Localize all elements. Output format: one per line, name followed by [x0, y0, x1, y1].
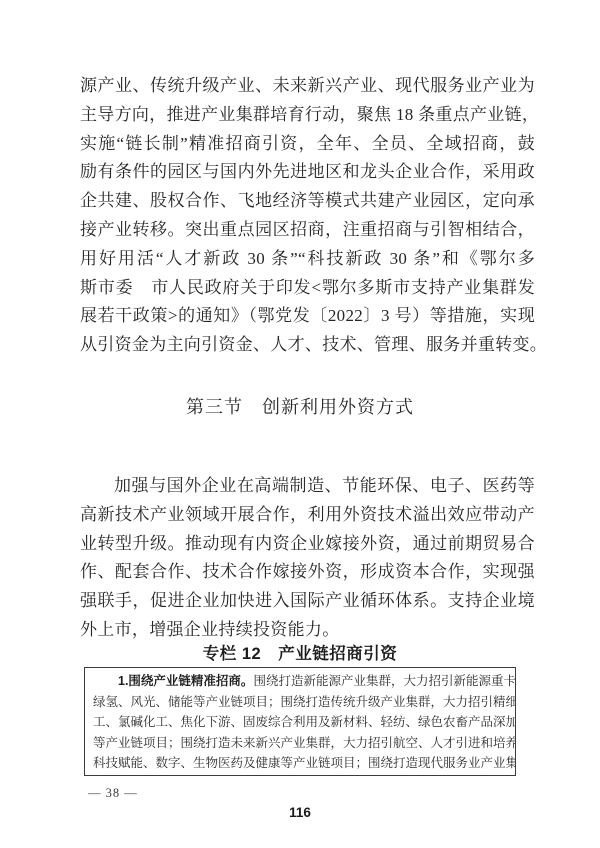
pdf-page-number: 116	[0, 805, 600, 820]
text-line: 高新技术产业领域开展合作，利用外资技术溢出效应带动产	[80, 501, 535, 530]
text-line: 企共建、股权合作、飞地经济等模式共建产业园区，定向承	[80, 187, 535, 216]
panel-line: 工、氯碱化工、焦化下游、固废综合利用及新材料、轻纺、绿色农畜产品深加工	[93, 712, 507, 733]
text-line: 强联手，促进企业加快进入国际产业循环体系。支持企业境	[80, 587, 535, 616]
panel-line: 1.围绕产业链精准招商。围绕打造新能源产业集群，大力招引新能源重卡、	[93, 671, 507, 692]
section-heading: 第三节 创新利用外资方式	[0, 393, 600, 419]
panel-box: 1.围绕产业链精准招商。围绕打造新能源产业集群，大力招引新能源重卡、 绿氢、风光…	[84, 667, 516, 776]
text-line: 源产业、传统升级产业、未来新兴产业、现代服务业产业为	[80, 72, 535, 101]
document-page-number: — 38 —	[88, 786, 138, 801]
paragraph-industry-investment: 源产业、传统升级产业、未来新兴产业、现代服务业产业为 主导方向，推进产业集群培育…	[80, 72, 535, 360]
text-line: 主导方向，推进产业集群培育行动，聚焦 18 条重点产业链，	[80, 101, 535, 130]
panel-title: 专栏 12 产业链招商引资	[0, 640, 600, 664]
text-line: 从引资金为主向引资金、人才、技术、管理、服务并重转变。	[80, 331, 535, 360]
text-line: 加强与国外企业在高端制造、节能环保、电子、医药等	[80, 472, 535, 501]
paragraph-foreign-capital: 加强与国外企业在高端制造、节能环保、电子、医药等 高新技术产业领域开展合作，利用…	[80, 472, 535, 645]
text-line: 接产业转移。突出重点园区招商，注重招商与引智相结合，	[80, 216, 535, 245]
text-line: 展若干政策>的通知》（鄂党发〔2022〕3 号）等措施，实现	[80, 302, 535, 331]
document-page: 源产业、传统升级产业、未来新兴产业、现代服务业产业为 主导方向，推进产业集群培育…	[0, 0, 600, 848]
text-line: 斯市委 市人民政府关于印发<鄂尔多斯市支持产业集群发	[80, 274, 535, 303]
text-line: 业转型升级。推动现有内资企业嫁接外资，通过前期贸易合	[80, 530, 535, 559]
text-line: 作、配套合作、技术合作嫁接外资，形成资本合作，实现强	[80, 558, 535, 587]
panel-line: 绿氢、风光、储能等产业链项目；围绕打造传统升级产业集群，大力招引精细化	[93, 692, 507, 713]
panel-line: 等产业链项目；围绕打造未来新兴产业集群，大力招引航空、人才引进和培养、	[93, 733, 507, 754]
panel-line: 科技赋能、数字、生物医药及健康等产业链项目；围绕打造现代服务业产业集群，	[93, 753, 507, 774]
text-line: 励有条件的园区与国内外先进地区和龙头企业合作，采用政	[80, 158, 535, 187]
panel-item-lead: 1.围绕产业链精准招商。	[118, 674, 253, 688]
panel-item-text: 围绕打造新能源产业集群，大力招引新能源重卡、	[253, 674, 516, 688]
text-line: 实施“链长制”精准招商引资，全年、全员、全域招商，鼓	[80, 130, 535, 159]
text-line: 用好用活“人才新政 30 条”“科技新政 30 条”和《鄂尔多	[80, 245, 535, 274]
